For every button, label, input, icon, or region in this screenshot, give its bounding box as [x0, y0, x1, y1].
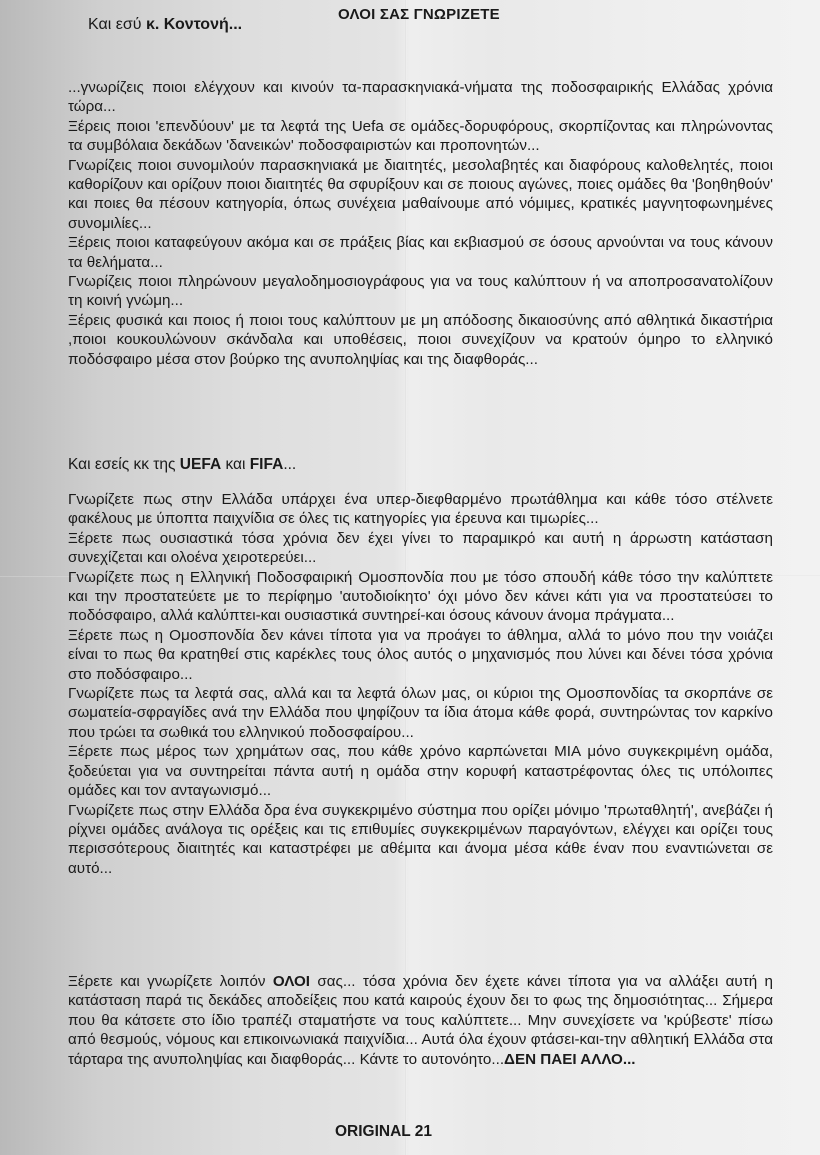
closing-paragraph: Ξέρετε και γνωρίζετε λοιπόν ΟΛΟΙ σας... … — [68, 972, 773, 1069]
paragraph: Ξέρεις ποιοι καταφεύγουν ακόμα και σε πρ… — [68, 233, 773, 272]
paragraph: Ξέρετε πως ουσιαστικά τόσα χρόνια δεν έχ… — [68, 529, 773, 568]
salutation-uefa-fifa: Και εσείς κκ της UEFA και FIFA... — [68, 456, 296, 474]
paragraph: Ξέρεις ποιοι 'επενδύουν' με τα λεφτά της… — [68, 117, 773, 156]
printed-letter: Και εσύ κ. Κοντονή... ΟΛΟΙ ΣΑΣ ΓΝΩΡΙΖΕΤΕ… — [0, 0, 820, 1155]
paragraph: ...γνωρίζεις ποιοι ελέγχουν και κινούν τ… — [68, 78, 773, 117]
paragraph: Ξέρεις φυσικά και ποιος ή ποιοι τους καλ… — [68, 311, 773, 369]
paragraph: Γνωρίζετε πως η Ελληνική Ποδοσφαιρική Ομ… — [68, 568, 773, 626]
paragraph: Γνωρίζετε πως τα λεφτά σας, αλλά και τα … — [68, 684, 773, 742]
letter-header: Και εσύ κ. Κοντονή... ΟΛΟΙ ΣΑΣ ΓΝΩΡΙΖΕΤΕ — [88, 6, 768, 46]
letter-title: ΟΛΟΙ ΣΑΣ ΓΝΩΡΙΖΕΤΕ — [338, 6, 500, 23]
paragraph: Γνωρίζεις ποιοι πληρώνουν μεγαλοδημοσιογ… — [68, 272, 773, 311]
paragraph: Γνωρίζετε πως στην Ελλάδα υπάρχει ένα υπ… — [68, 490, 773, 529]
section-kontonis: ...γνωρίζεις ποιοι ελέγχουν και κινούν τ… — [68, 78, 773, 369]
salutation-kontonis: Και εσύ κ. Κοντονή... — [88, 16, 242, 34]
paragraph: Γνωρίζετε πως στην Ελλάδα δρα ένα συγκεκ… — [68, 801, 773, 879]
section-uefa-fifa: Γνωρίζετε πως στην Ελλάδα υπάρχει ένα υπ… — [68, 490, 773, 878]
paragraph: Γνωρίζεις ποιοι συνομιλούν παρασκηνιακά … — [68, 156, 773, 234]
paragraph: Ξέρετε πως η Ομοσπονδία δεν κάνει τίποτα… — [68, 626, 773, 684]
signature: ORIGINAL 21 — [335, 1123, 432, 1141]
paragraph: Ξέρετε πως μέρος των χρημάτων σας, που κ… — [68, 742, 773, 800]
